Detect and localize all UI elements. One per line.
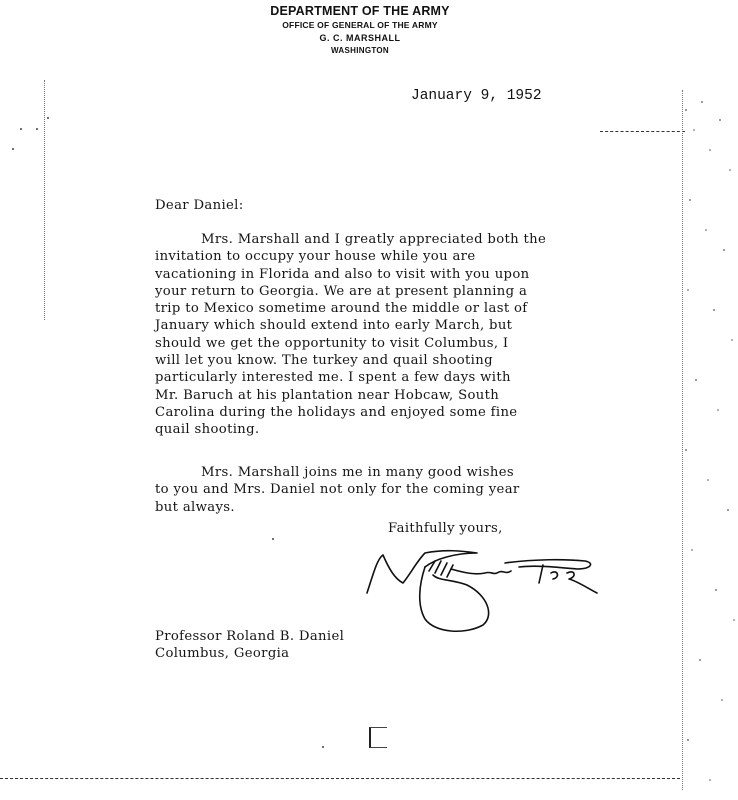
salutation: Dear Daniel: (155, 197, 625, 214)
scan-bracket-mark (369, 727, 387, 748)
paragraph-1-line: your return to Georgia. We are at presen… (155, 283, 625, 300)
paragraph-1-line: Mr. Baruch at his plantation near Hobcaw… (155, 387, 625, 404)
scan-mark (600, 131, 685, 132)
scan-speck (322, 746, 324, 748)
scan-speck (20, 128, 22, 130)
paragraph-1-line: trip to Mexico sometime around the middl… (155, 300, 625, 317)
scan-mark (0, 778, 680, 779)
paragraph-1: Mrs. Marshall and I greatly appreciated … (155, 231, 625, 439)
paragraph-1-line: will let you know. The turkey and quail … (155, 352, 625, 369)
recipient-location: Columbus, Georgia (155, 645, 625, 662)
letterhead: DEPARTMENT OF THE ARMY OFFICE OF GENERAL… (230, 4, 490, 57)
recipient-block: Professor Roland B. Daniel Columbus, Geo… (155, 628, 625, 663)
scan-speck (272, 538, 274, 540)
letterhead-name: G. C. MARSHALL (230, 32, 490, 45)
paragraph-1-line: quail shooting. (155, 421, 625, 438)
paragraph-1-line: Mrs. Marshall and I greatly appreciated … (155, 231, 625, 248)
paragraph-1-line: invitation to occupy your house while yo… (155, 248, 625, 265)
paragraph-2-line: to you and Mrs. Daniel not only for the … (155, 481, 625, 498)
paragraph-2: Mrs. Marshall joins me in many good wish… (155, 464, 625, 516)
letterhead-department: DEPARTMENT OF THE ARMY (230, 4, 490, 19)
recipient-name: Professor Roland B. Daniel (155, 628, 625, 645)
letterhead-office: OFFICE OF GENERAL OF THE ARMY (230, 19, 490, 32)
scan-mark (44, 80, 45, 320)
letter-date: January 9, 1952 (411, 88, 542, 104)
scan-speck (36, 128, 38, 130)
paragraph-1-line: Carolina during the holidays and enjoyed… (155, 404, 625, 421)
paragraph-1-line: should we get the opportunity to visit C… (155, 335, 625, 352)
scan-noise (680, 90, 738, 800)
paragraph-1-line: vacationing in Florida and also to visit… (155, 266, 625, 283)
scan-speck (12, 148, 14, 150)
paragraph-1-line: January which should extend into early M… (155, 317, 625, 334)
signature-icon (355, 545, 605, 635)
paragraph-2-line: but always. (155, 499, 625, 516)
paragraph-1-line: particularly interested me. I spent a fe… (155, 369, 625, 386)
letterhead-city: WASHINGTON (230, 45, 490, 57)
scan-speck (47, 117, 49, 119)
paragraph-2-line: Mrs. Marshall joins me in many good wish… (155, 464, 625, 481)
